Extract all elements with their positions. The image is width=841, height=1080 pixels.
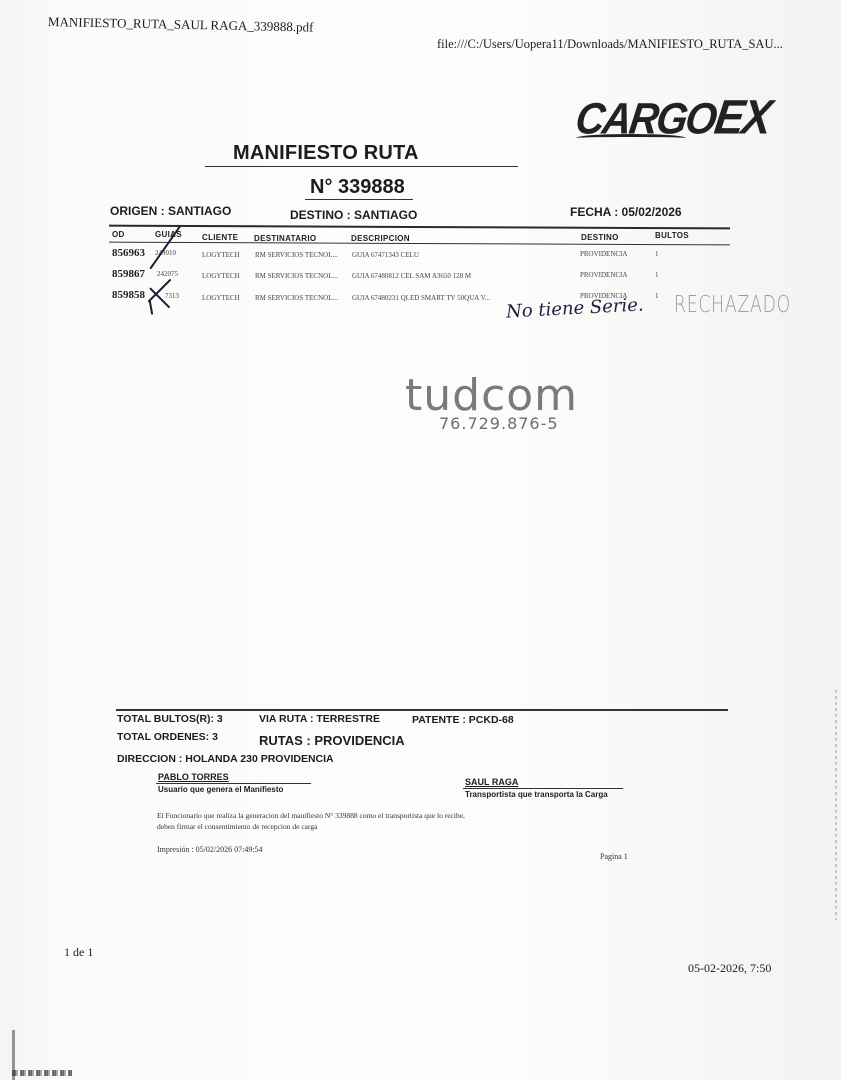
cell-bultos: 1 — [655, 271, 659, 279]
origen-field: ORIGEN : SANTIAGO — [110, 204, 231, 218]
cell-bultos: 1 — [655, 250, 659, 258]
total-ordenes: TOTAL ORDENES: 3 — [117, 731, 218, 743]
column-header-descripcion: DESCRIPCION — [351, 234, 410, 243]
scan-artifact — [12, 1070, 72, 1076]
cell-od: 856963 — [112, 247, 145, 259]
carrier-role: Transportista que transporta la Carga — [465, 790, 608, 799]
cell-destino: PROVIDENCIA — [580, 250, 627, 258]
cargoex-logo: CARGOEX — [576, 98, 736, 146]
cell-descripcion: GUIA 67471343 CELU — [352, 251, 419, 259]
logo-text-ex: EX — [712, 96, 773, 140]
impresion-timestamp: Impresión : 05/02/2026 07:49:54 — [157, 845, 263, 854]
column-header-bultos: BULTOS — [655, 231, 689, 240]
destino-field: DESTINO : SANTIAGO — [290, 208, 417, 222]
carrier-name: SAUL RAGA — [465, 777, 518, 787]
cell-destinatario: RM SERVICIOS TECNOL... — [255, 272, 338, 280]
document-title: MANIFIESTO RUTA — [233, 142, 419, 165]
browser-print-url: file:///C:/Users/Uopera11/Downloads/MANI… — [437, 37, 783, 52]
browser-print-datetime: 05-02-2026, 7:50 — [688, 961, 771, 976]
browser-page-counter: 1 de 1 — [64, 945, 93, 960]
cell-destino: PROVIDENCIA — [580, 271, 627, 279]
handwritten-note: No tiene Serie. — [506, 294, 645, 322]
carrier-signature-line — [463, 788, 623, 789]
cell-destinatario: RM SERVICIOS TECNOL... — [255, 294, 338, 302]
cell-descripcion: GUIA 67480812 CEL SAM A3650 128 M — [352, 272, 471, 280]
generator-role: Usuario que genera el Manifiesto — [158, 785, 283, 794]
cell-descripcion: GUIA 67480231 QLED SMART TV 50QUA V... — [352, 294, 490, 302]
cell-cliente: LOGYTECH — [202, 251, 240, 259]
column-header-guias: GUIAS — [155, 230, 182, 239]
table-header-rule — [109, 242, 730, 246]
cell-od: 859867 — [112, 268, 145, 280]
cell-guias: 242075 — [157, 270, 178, 278]
rutas: RUTAS : PROVIDENCIA — [259, 733, 405, 748]
cell-od: 859858 — [112, 289, 145, 301]
cell-cliente: LOGYTECH — [202, 272, 240, 280]
direccion: DIRECCION : HOLANDA 230 PROVIDENCIA — [117, 753, 334, 765]
fecha-field: FECHA : 05/02/2026 — [570, 205, 682, 219]
title-underline — [205, 166, 518, 167]
rejected-stamp: RECHAZADO — [674, 292, 791, 318]
generator-name: PABLO TORRES — [158, 772, 229, 782]
number-underline — [305, 199, 413, 200]
manifest-number: N° 339888 — [310, 176, 405, 199]
patente: PATENTE : PCKD-68 — [412, 714, 514, 726]
generator-signature-line — [156, 783, 311, 784]
cell-destinatario: RM SERVICIOS TECNOL... — [255, 251, 338, 259]
scanned-page: MANIFIESTO_RUTA_SAUL RAGA_339888.pdf fil… — [0, 0, 841, 1080]
consent-notice-line2: deben firmar el consentimiento de recepc… — [157, 821, 317, 832]
column-header-od: OD — [112, 230, 125, 239]
cell-cliente: LOGYTECH — [202, 294, 240, 302]
cell-guias: 7313 — [165, 292, 179, 300]
company-stamp-rut: 76.729.876-5 — [439, 414, 559, 433]
table-top-rule — [109, 225, 730, 230]
column-header-cliente: CLIENTE — [202, 233, 238, 242]
column-header-destino: DESTINO — [581, 233, 619, 242]
via-ruta: VIA RUTA : TERRESTRE — [259, 713, 380, 725]
page-edge-shadow — [835, 690, 837, 920]
summary-top-rule — [116, 709, 728, 711]
logo-swoosh — [576, 134, 686, 142]
browser-print-title: MANIFIESTO_RUTA_SAUL RAGA_339888.pdf — [48, 14, 314, 36]
consent-notice-line1: El Funcionario que realiza la generacion… — [157, 810, 465, 821]
cell-bultos: 1 — [655, 292, 659, 300]
page-number: Pagina 1 — [600, 852, 628, 861]
total-bultos: TOTAL BULTOS(R): 3 — [117, 713, 223, 725]
